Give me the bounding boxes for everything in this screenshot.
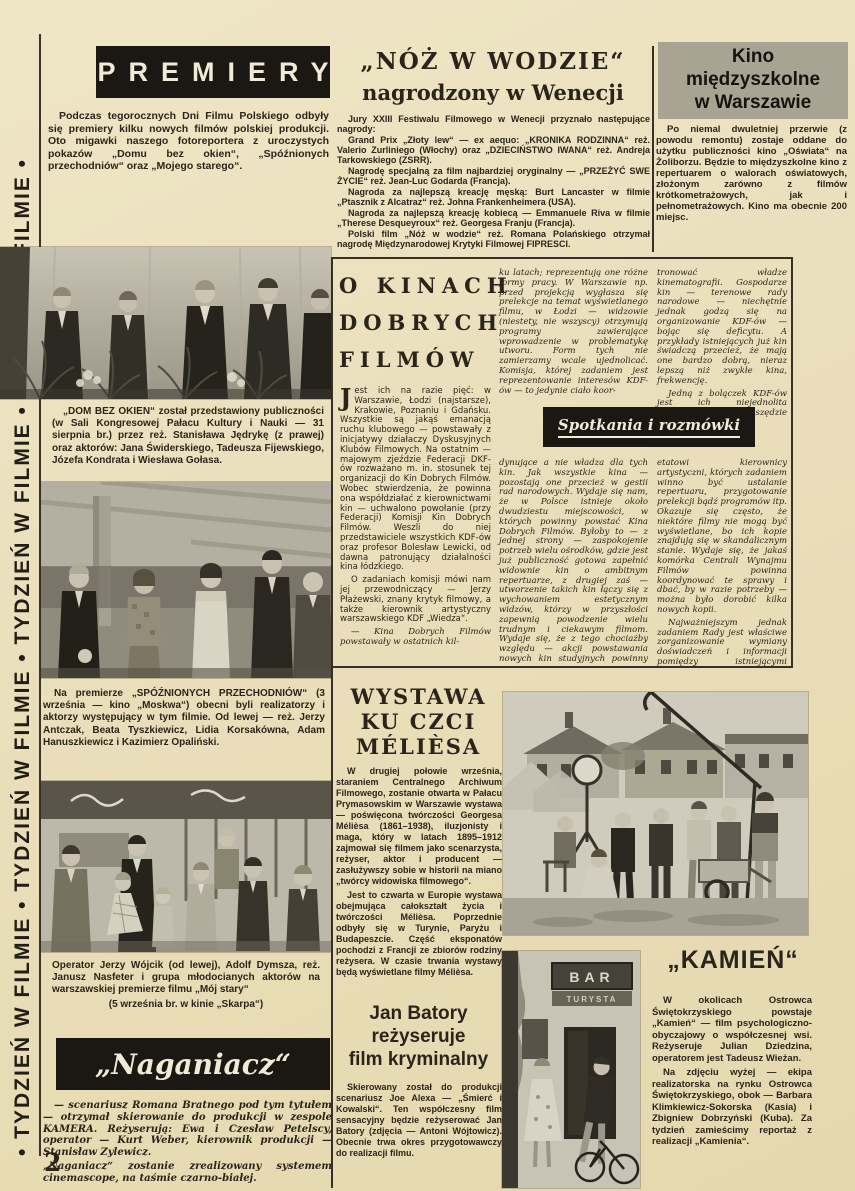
bar-sign-subtext: TURYSTA xyxy=(567,995,618,1004)
kino-title-line1: Kino xyxy=(658,45,848,68)
premiery-header-box: PREMIERY xyxy=(96,46,330,98)
column-rule-top-right xyxy=(652,46,654,252)
page-number: 2 xyxy=(44,1148,61,1177)
bar-sign-text: BAR xyxy=(569,969,614,985)
photo-kamien-film-set xyxy=(503,692,808,935)
naganiacz-header-box: „Naganiacz“ xyxy=(56,1038,330,1090)
interview-headline: O KINACH DOBRYCH FILMÓW xyxy=(339,267,513,378)
naganiacz-title: „Naganiacz“ xyxy=(95,1048,291,1081)
kamien-body: W okolicach Ostrowca Świętokrzyskiego po… xyxy=(652,995,812,1151)
interview-col2-bottom: dynujące a nie władza dla tych kin. Jak … xyxy=(499,459,648,668)
kino-title-line3: w Warszawie xyxy=(658,91,848,114)
interview-col1: Jest ich na razie pięć: w Warszawie, Łod… xyxy=(340,387,491,651)
kamien-headline: „KAMIEŃ“ xyxy=(652,946,814,975)
kino-body: Po niemal dwuletniej przerwie (z powodu … xyxy=(656,124,847,225)
photo-premiere-dom-bez-okien xyxy=(0,247,331,399)
batory-headline: Jan Batory reżyseruje film kryminalny xyxy=(337,1002,500,1071)
photo2-illustration xyxy=(41,482,331,678)
bar-sign: BAR TURYSTA xyxy=(552,963,632,1006)
photo-kamien-bar-scene: BAR TURYSTA xyxy=(502,951,640,1188)
wystawa-body: W drugiej połowie września, staraniem Ce… xyxy=(336,766,502,981)
photo-premiere-moj-stary xyxy=(41,781,331,952)
spotkania-banner: Spotkania i rozmówki xyxy=(543,407,755,447)
caption-photo1: „DOM BEZ OKIEN“ został przedstawiony pub… xyxy=(52,406,324,469)
wystawa-headline: WYSTAWA KU CZCI MÉLIÈSA xyxy=(335,684,502,759)
premiery-title: PREMIERY xyxy=(84,57,341,88)
caption-photo2: Na premierze „SPÓŹNIONYCH PRZECHODNIÓW“ … xyxy=(43,688,325,751)
interview-col2-top: ku latach; reprezentują one różne formy … xyxy=(499,269,648,399)
caption-photo3: Operator Jerzy Wójcik (od lewej), Adolf … xyxy=(52,960,320,1013)
column-rule-left-bottom xyxy=(331,664,333,1188)
interview-col3-bottom: etatowi kierownicy artystyczni, których … xyxy=(657,459,787,668)
photo-bar-illustration: BAR TURYSTA xyxy=(502,951,640,1188)
venice-title-line1: „NÓŻ W WODZIE“ xyxy=(338,48,648,75)
kino-header-box: Kino międzyszkolne w Warszawie xyxy=(658,42,848,119)
batory-body: Skierowany został do produkcji scenarius… xyxy=(336,1082,502,1162)
photo3-illustration xyxy=(41,781,331,952)
venice-title-line2: nagrodzony w Wenecji xyxy=(338,80,648,105)
kino-title-line2: międzyszkolne xyxy=(658,68,848,91)
photo-set-illustration xyxy=(503,692,808,935)
naganiacz-body: — scenariusz Romana Bratnego pod tym tyt… xyxy=(43,1100,332,1187)
venice-headline: „NÓŻ W WODZIE“ nagrodzony w Wenecji xyxy=(338,48,648,105)
sidebar-vertical-banner: • TYDZIEŃ W FILMIE • TYDZIEŃ W FILMIE • … xyxy=(6,32,40,1156)
photo-premiere-spoznieni-przechodnie xyxy=(41,482,331,678)
venice-body: Jury XXIII Festiwalu Filmowego w Wenecji… xyxy=(337,114,650,250)
premiery-intro: Podczas tegorocznych Dni Filmu Polskiego… xyxy=(48,110,329,175)
interview-section: O KINACH DOBRYCH FILMÓW Jest ich na razi… xyxy=(331,257,793,668)
spotkania-banner-label: Spotkania i rozmówki xyxy=(558,416,740,438)
newspaper-page: • TYDZIEŃ W FILMIE • TYDZIEŃ W FILMIE • … xyxy=(0,0,855,1191)
photo1-illustration xyxy=(0,247,331,399)
